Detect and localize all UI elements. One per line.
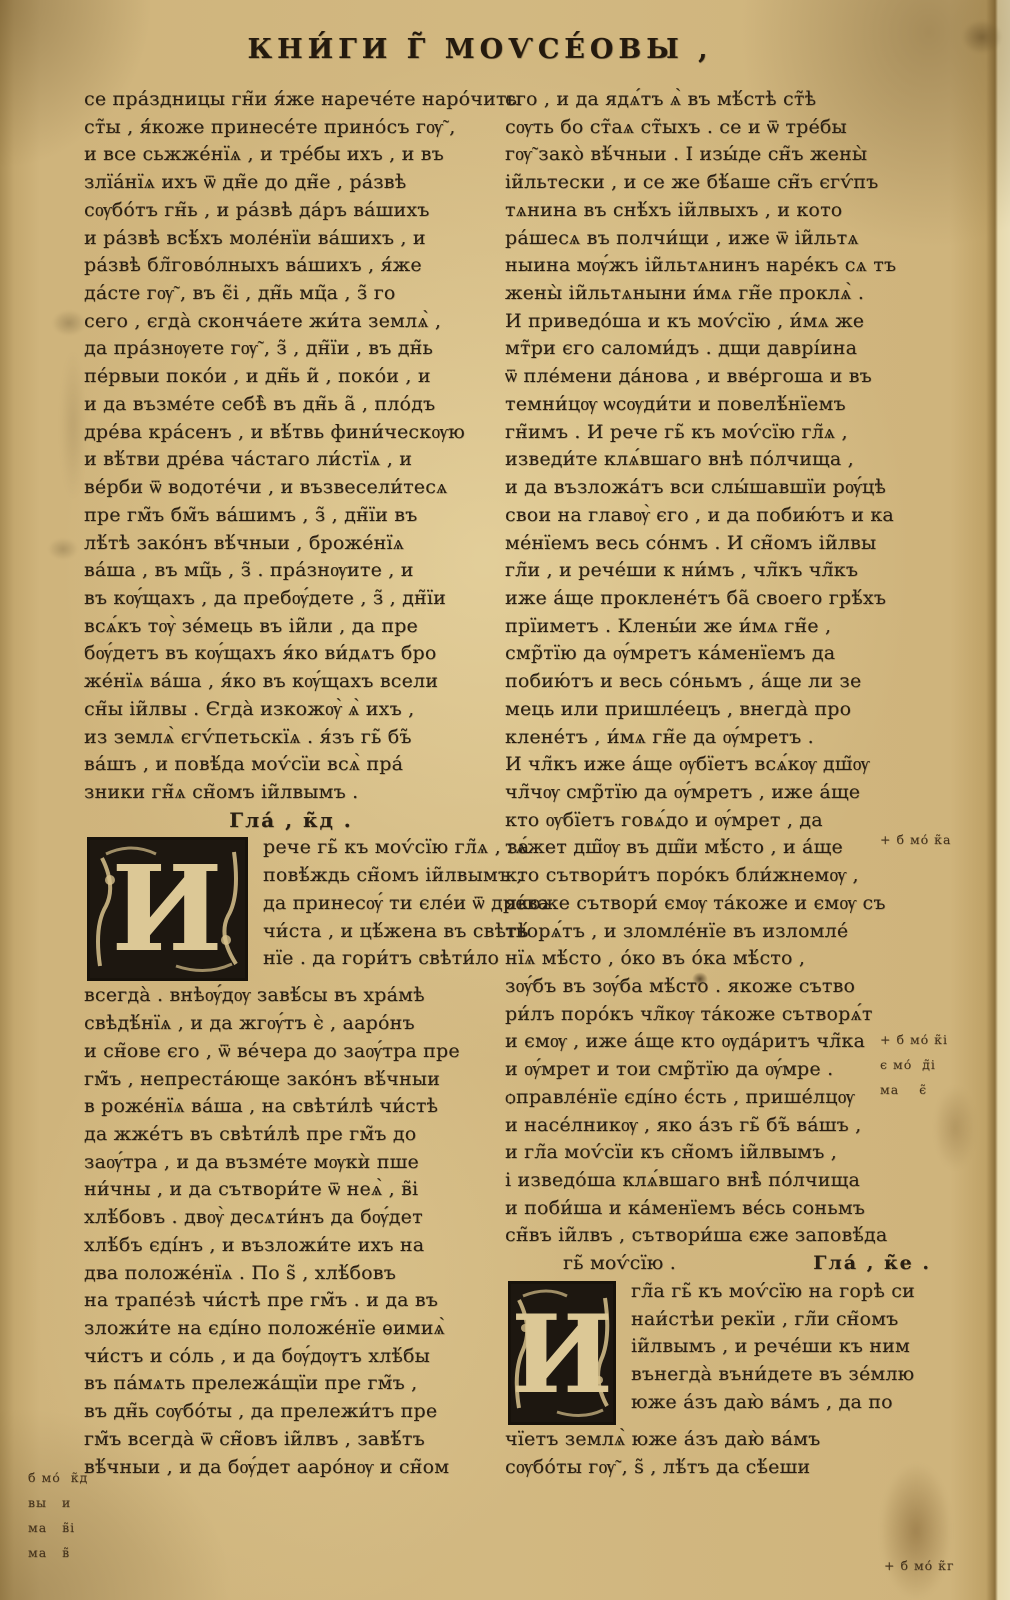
text-line: зники гн̃ѧ сн̃омъ іи̃лвымъ . (84, 779, 498, 807)
column-left: се пра́здницы гн̃и я́же нарече́те наро́ч… (84, 86, 498, 1481)
text-line: і изведо́ша клѧ́вшаго внѣ̀ по́лчища (505, 1167, 945, 1195)
text-line: всѧ́къ тѹ̀ зе́мець въ іи̃ли , да пре (84, 613, 498, 641)
text-line: се пра́здницы гн̃и я́же нарече́те наро́ч… (84, 86, 498, 114)
text-line: пре гм̃ъ бм̃ъ ва́шимъ , з̃ , дн̃їи въ (84, 502, 498, 530)
text-line: мт̃ри єго саломи́дъ . дщи даврі́ина (505, 335, 945, 363)
text-line: зложи́те на єді́но положе́нїе ѳимиѧ̀ (84, 1315, 498, 1343)
margin-note-line: + б мо́ к̃г (884, 1553, 955, 1578)
text-line: бѹ́детъ въ кѹ́щахъ я́ко ви́дѧтъ бро (84, 640, 498, 668)
text-line: гь̃ моѵ́сїю . (563, 1250, 676, 1278)
margin-note-line: + б мо́ к̃і (880, 1027, 948, 1052)
text-line: ва́ша , въ мц̃ь , з̃ . пра́знѹите , и (84, 557, 498, 585)
text-line: чи́ста , и цѣ́жена въ свѣтѣ́ (263, 918, 498, 946)
text-line: гм̃ъ , непреста́юще зако́нъ вѣ́чныи (84, 1066, 498, 1094)
margin-note-left-bottom: б мо́ к̃двы има в̃іма в̃ (28, 1390, 88, 1565)
text-line: хлѣ́бовъ . двѹ̀ десѧти́нъ да бѹ́дет (84, 1204, 498, 1232)
line-with-chapter-heading: гь̃ моѵ́сїю . Гла́ , к̃е . (505, 1250, 945, 1278)
text-line: лѣ́тѣ зако́нъ вѣ́чныи , броже́нїѧ (84, 530, 498, 558)
text-line: ме́нїемъ весь со́нмъ . И сн̃омъ іи̃лвы (505, 530, 945, 558)
margin-note-line: ма в̃ (28, 1540, 88, 1565)
text-line: повѣ́ждь сн̃омъ іи̃лвымъ , (263, 862, 498, 890)
text-line: вѣ́чныи , и да бѹ́дет ааро́нѹ и сн̃ом (84, 1454, 498, 1482)
text-line: смр̃тїю да ѹ́мретъ ка́менїемъ да (505, 640, 945, 668)
svg-text:И: И (111, 839, 223, 978)
text-line: свѣдѣ́нїѧ , и да жгѹ́тъ є̀ , ааро́нъ (84, 1010, 498, 1038)
ink-smudge (52, 310, 86, 336)
text-line: и ємѹ , иже а́ще кто ѹда́ритъ чл̃ка (505, 1028, 945, 1056)
text-line: ри́лъ поро́къ чл̃кѹ та́коже сътворѧ́т (505, 1001, 945, 1029)
text-line: в роже́нїѧ ва́ша , на свѣти́лѣ чи́стѣ (84, 1093, 498, 1121)
text-line: пе́рвыи поко́и , и дн̃ь и̃ , поко́и , и (84, 363, 498, 391)
initial-paragraph-left: И рече гь̃ къ моѵ́сїю гл̃ѧ , заповѣ́ждь … (84, 834, 498, 982)
text-line: якоже сътвори́ ємѹ та́коже и ємѹ съ (505, 890, 945, 918)
text-line: чїетъ землѧ̀ юже а́зъ даю̀ ва́мъ (505, 1426, 945, 1454)
text-line: и вѣ́тви дре́ва ча́стаго ли́стїѧ , и (84, 446, 498, 474)
text-line: въ па́мѧть прележа́щїи пре гм̃ъ , (84, 1370, 498, 1398)
text-line: въ кѹ́щахъ , да пребѹ́дете , з̃ , дн̃їи (84, 585, 498, 613)
text-line: ѿ пле́мени да́нова , и вве́ргоша и въ (505, 363, 945, 391)
text-line: гл̃а гь̃ къ моѵ́сїю на горѣ си (631, 1278, 945, 1306)
text-line: тѧнина въ снѣ́хъ іи̃лвыхъ , и кото (505, 197, 945, 225)
text-line: ст̃ы , я́коже принесе́те прино́съ гѹ̃ , (84, 114, 498, 142)
text-line: ра́шесѧ въ полчи́щи , иже ѿ іи̃льтѧ (505, 225, 945, 253)
text-line: да пра́знѹете гѹ̃ , з̃ , дн̃їи , въ дн̃ь (84, 335, 498, 363)
text-line: гм̃ъ всегда̀ ѿ сн̃овъ іи̃лвъ , завѣ́тъ (84, 1426, 498, 1454)
text-line: тѧ́жет дш̃ѹ въ дш̃и мѣ́сто , и а́ще (505, 834, 945, 862)
woodcut-initial-letter: И (507, 1280, 617, 1426)
text-line: въ дн̃ь сѹбо́ты , да прележи́тъ пре (84, 1398, 498, 1426)
ink-smudge (48, 538, 78, 560)
text-line: іи̃лвымъ , и рече́ши къ ним (631, 1333, 945, 1361)
text-line: сѹбо́ты гѹ̃ , ѕ̃ , лѣ́тъ да сѣ́еши (505, 1454, 945, 1482)
text-line: сн̃ы іи̃лвы . Єгда̀ изкожѹ̀ ѧ̀ ихъ , (84, 696, 498, 724)
woodcut-initial-letter: И (86, 836, 249, 982)
page-title: КНИ́ГИ Г̃ МОѴСЕ́ОВЫ , (0, 34, 960, 65)
margin-note-line: ма в̃і (28, 1515, 88, 1540)
text-line: иже а́ще проклене́тъ ба̃ своего грѣ́хъ (505, 585, 945, 613)
text-line: нїѧ мѣ́сто , о́ко въ о́ка мѣ́сто , (505, 945, 945, 973)
text-line: хлѣ́бъ єді́нъ , и възложи́те ихъ на (84, 1232, 498, 1260)
text-line: сѹбо́тъ гн̃ь , и ра́звѣ да́ръ ва́шихъ (84, 197, 498, 225)
chapter-heading-24: Гла́ , к̃д . (84, 807, 498, 835)
left-text-block-1: се пра́здницы гн̃и я́же нарече́те наро́ч… (84, 86, 498, 807)
initial-indented-lines: рече гь̃ къ моѵ́сїю гл̃ѧ , заповѣ́ждь сн… (263, 834, 498, 973)
text-line: побию́тъ и весь со́ньмъ , а́ще ли зе (505, 668, 945, 696)
text-line: гѹ̃ зако̀ вѣ́чныи . І изы́де сн̃ъ жены̀ (505, 141, 945, 169)
initial-indented-lines: гл̃а гь̃ къ моѵ́сїю на горѣ синаи́стѣи р… (631, 1278, 945, 1417)
text-line: єго , и да ядѧ́тъ ѧ̀ въ мѣ́стѣ ст̃ѣ (505, 86, 945, 114)
margin-note-right-top: + б мо́ к̃а (880, 752, 951, 852)
text-line: кто сътвори́тъ поро́къ бли́жнемѹ , (505, 862, 945, 890)
text-line: зѹ́бъ въ зѹ́ба мѣ́сто . якоже сътво (505, 973, 945, 1001)
text-line: и ѹ́мрет и тои смр̃тїю да ѹ́мре . (505, 1056, 945, 1084)
text-line: юже а́зъ даю̀ ва́мъ , да по (631, 1389, 945, 1417)
text-line: всегда̀ . внѣѹ́дѹ завѣ́сы въ хра́мѣ (84, 982, 498, 1010)
text-line: из землѧ̀ єгѵ́петьскїѧ . я́зъ гь̃ бъ̃ (84, 724, 498, 752)
margin-note-right-bottom: + б мо́ к̃г (884, 1478, 955, 1578)
text-line: гн̃имъ . И рече гь̃ къ моѵ́сїю гл̃ѧ , (505, 419, 945, 447)
text-line: изведи́те клѧ́вшаго внѣ по́лчища , (505, 446, 945, 474)
text-line: и ра́звѣ всѣ́хъ моле́нїи ва́шихъ , и (84, 225, 498, 253)
text-line: чи́стъ и со́ль , и да бѹ́дѹтъ хлѣ́бы (84, 1343, 498, 1371)
text-line: злїа́нїѧ ихъ ѿ дн̃е до дн̃е , ра́звѣ (84, 169, 498, 197)
text-line: чл̃чѹ смр̃тїю да ѹ́мретъ , иже а́ще (505, 779, 945, 807)
text-line: же́нїѧ ва́ша , я́ко въ кѹ́щахъ всели (84, 668, 498, 696)
text-line: и сн̃ове єго , ѿ ве́чера до заѹ́тра пре (84, 1038, 498, 1066)
text-line: на трапе́зѣ чи́стѣ пре гм̃ъ . и да въ (84, 1287, 498, 1315)
text-line: дре́ва кра́сенъ , и вѣ́твь фини́ческѹю (84, 419, 498, 447)
text-line: нїе . да гори́тъ свѣти́ло (263, 945, 498, 973)
text-line: и да възложа́тъ вси слы́шавшїи рѹ́цѣ (505, 474, 945, 502)
text-line: сего , єгда̀ сконча́ете жи́та землѧ̀ , (84, 308, 498, 336)
text-line: и насе́лникѹ , яко а́зъ гь̃ бъ̃ ва́шъ , (505, 1112, 945, 1140)
text-line: сн̃въ іи̃лвъ , сътвори́ша єже заповѣ́да (505, 1222, 945, 1250)
text-line: ѻправле́нїе єді́но є́сть , прише́лцѹ (505, 1084, 945, 1112)
right-text-block-1: єго , и да ядѧ́тъ ѧ̀ въ мѣ́стѣ ст̃ѣсѹть … (505, 86, 945, 1250)
text-line: да́сте гѹ̃ , въ є̃і , дн̃ь мц̃а , з̃ го (84, 280, 498, 308)
text-line: наи́стѣи рекїи , гл̃и сн̃омъ (631, 1306, 945, 1334)
paper-stain (962, 20, 1002, 54)
chapter-heading-25: Гла́ , к̃е . (813, 1250, 931, 1278)
text-line: ни́чны , и да сътвори́те ѿ неѧ̀ , в̃і (84, 1176, 498, 1204)
text-line: ва́шъ , и повѣ́да моѵ́сїи всѧ̀ пра́ (84, 751, 498, 779)
text-line: и да възме́те себѣ̀ въ дн̃ь а̃ , пло́дъ (84, 391, 498, 419)
text-line: кто ѹбїетъ говѧ́до и ѹ́мрет , да (505, 807, 945, 835)
text-line: ныина мѹ́жъ іи̃льтѧнинъ наре́къ сѧ тъ (505, 252, 945, 280)
text-line: сѹть бо ст̃аѧ ст̃ыхъ . се и ѿ тре́бы (505, 114, 945, 142)
text-line: прїиметъ . Клены́и же и́мѧ гн̃е , (505, 613, 945, 641)
margin-note-line: + б мо́ к̃а (880, 827, 951, 852)
text-line: два положе́нїѧ . По ѕ̃ , хлѣ́бовъ (84, 1260, 498, 1288)
right-text-block-2: чїетъ землѧ̀ юже а́зъ даю̀ ва́мъсѹбо́ты … (505, 1426, 945, 1481)
text-line: вънегда̀ въни́дете въ зе́млю (631, 1361, 945, 1389)
book-page: КНИ́ГИ Г̃ МОѴСЕ́ОВЫ , се пра́здницы гн̃и… (0, 0, 1010, 1600)
text-line: и все сьжже́нїѧ , и тре́бы ихъ , и въ (84, 141, 498, 169)
text-line: жены̀ іи̃льтѧныни и́мѧ гн̃е проклѧ̀ . (505, 280, 945, 308)
text-line: свои на главѹ̀ єго , и да побию́тъ и ка (505, 502, 945, 530)
text-line: и гл̃а моѵ́сїи къ сн̃омъ іи̃лвымъ , (505, 1139, 945, 1167)
text-line: іи̃льтески , и се же бѣ́аше сн̃ъ єгѵ́пъ (505, 169, 945, 197)
left-text-block-2: всегда̀ . внѣѹ́дѹ завѣ́сы въ хра́мѣсвѣдѣ… (84, 982, 498, 1481)
margin-note-line: ма є̃ (880, 1077, 948, 1102)
text-line: рече гь̃ къ моѵ́сїю гл̃ѧ , за (263, 834, 498, 862)
text-line: И чл̃къ иже а́ще ѹбїетъ всѧ́кѹ дш̃ѹ (505, 751, 945, 779)
text-line: да жже́тъ въ свѣти́лѣ пре гм̃ъ до (84, 1121, 498, 1149)
svg-text:И: И (511, 1292, 613, 1418)
text-line: клене́тъ , и́мѧ гн̃е да ѹ́мретъ . (505, 724, 945, 752)
margin-note-line: вы и (28, 1490, 88, 1515)
text-line: мець или пришле́ецъ , внегда̀ про (505, 696, 945, 724)
margin-note-line: є мо́ д̃і (880, 1052, 948, 1077)
ink-smudge (60, 350, 86, 500)
column-right: єго , и да ядѧ́тъ ѧ̀ въ мѣ́стѣ ст̃ѣсѹть … (505, 86, 945, 1481)
text-line: и поби́ша и ка́менїемъ ве́сь соньмъ (505, 1195, 945, 1223)
text-line: заѹ́тра , и да възме́те мѹкѝ пше (84, 1149, 498, 1177)
text-columns: се пра́здницы гн̃и я́же нарече́те наро́ч… (84, 86, 945, 1481)
margin-note-right-mid: + б мо́ к̃іє мо́ д̃іма є̃ (880, 952, 948, 1102)
text-line: И приведо́ша и къ моѵ́сїю , и́мѧ же (505, 308, 945, 336)
text-line: ра́звѣ бл̃гово́лныхъ ва́шихъ , я́же (84, 252, 498, 280)
text-line: творѧ́тъ , и зломле́нїе въ изломле́ (505, 918, 945, 946)
text-line: ве́рби ѿ водоте́чи , и възвесели́тесѧ (84, 474, 498, 502)
margin-note-line: б мо́ к̃д (28, 1465, 88, 1490)
initial-paragraph-right: И гл̃а гь̃ къ моѵ́сїю на горѣ синаи́стѣи… (505, 1278, 945, 1426)
text-line: гл̃и , и рече́ши к ни́мъ , чл̃къ чл̃къ (505, 557, 945, 585)
text-line: да принесѹ́ ти єле́и ѿ дре́ва (263, 890, 498, 918)
text-line: темни́цѹ ѡсѹди́ти и повелѣ́нїемъ (505, 391, 945, 419)
